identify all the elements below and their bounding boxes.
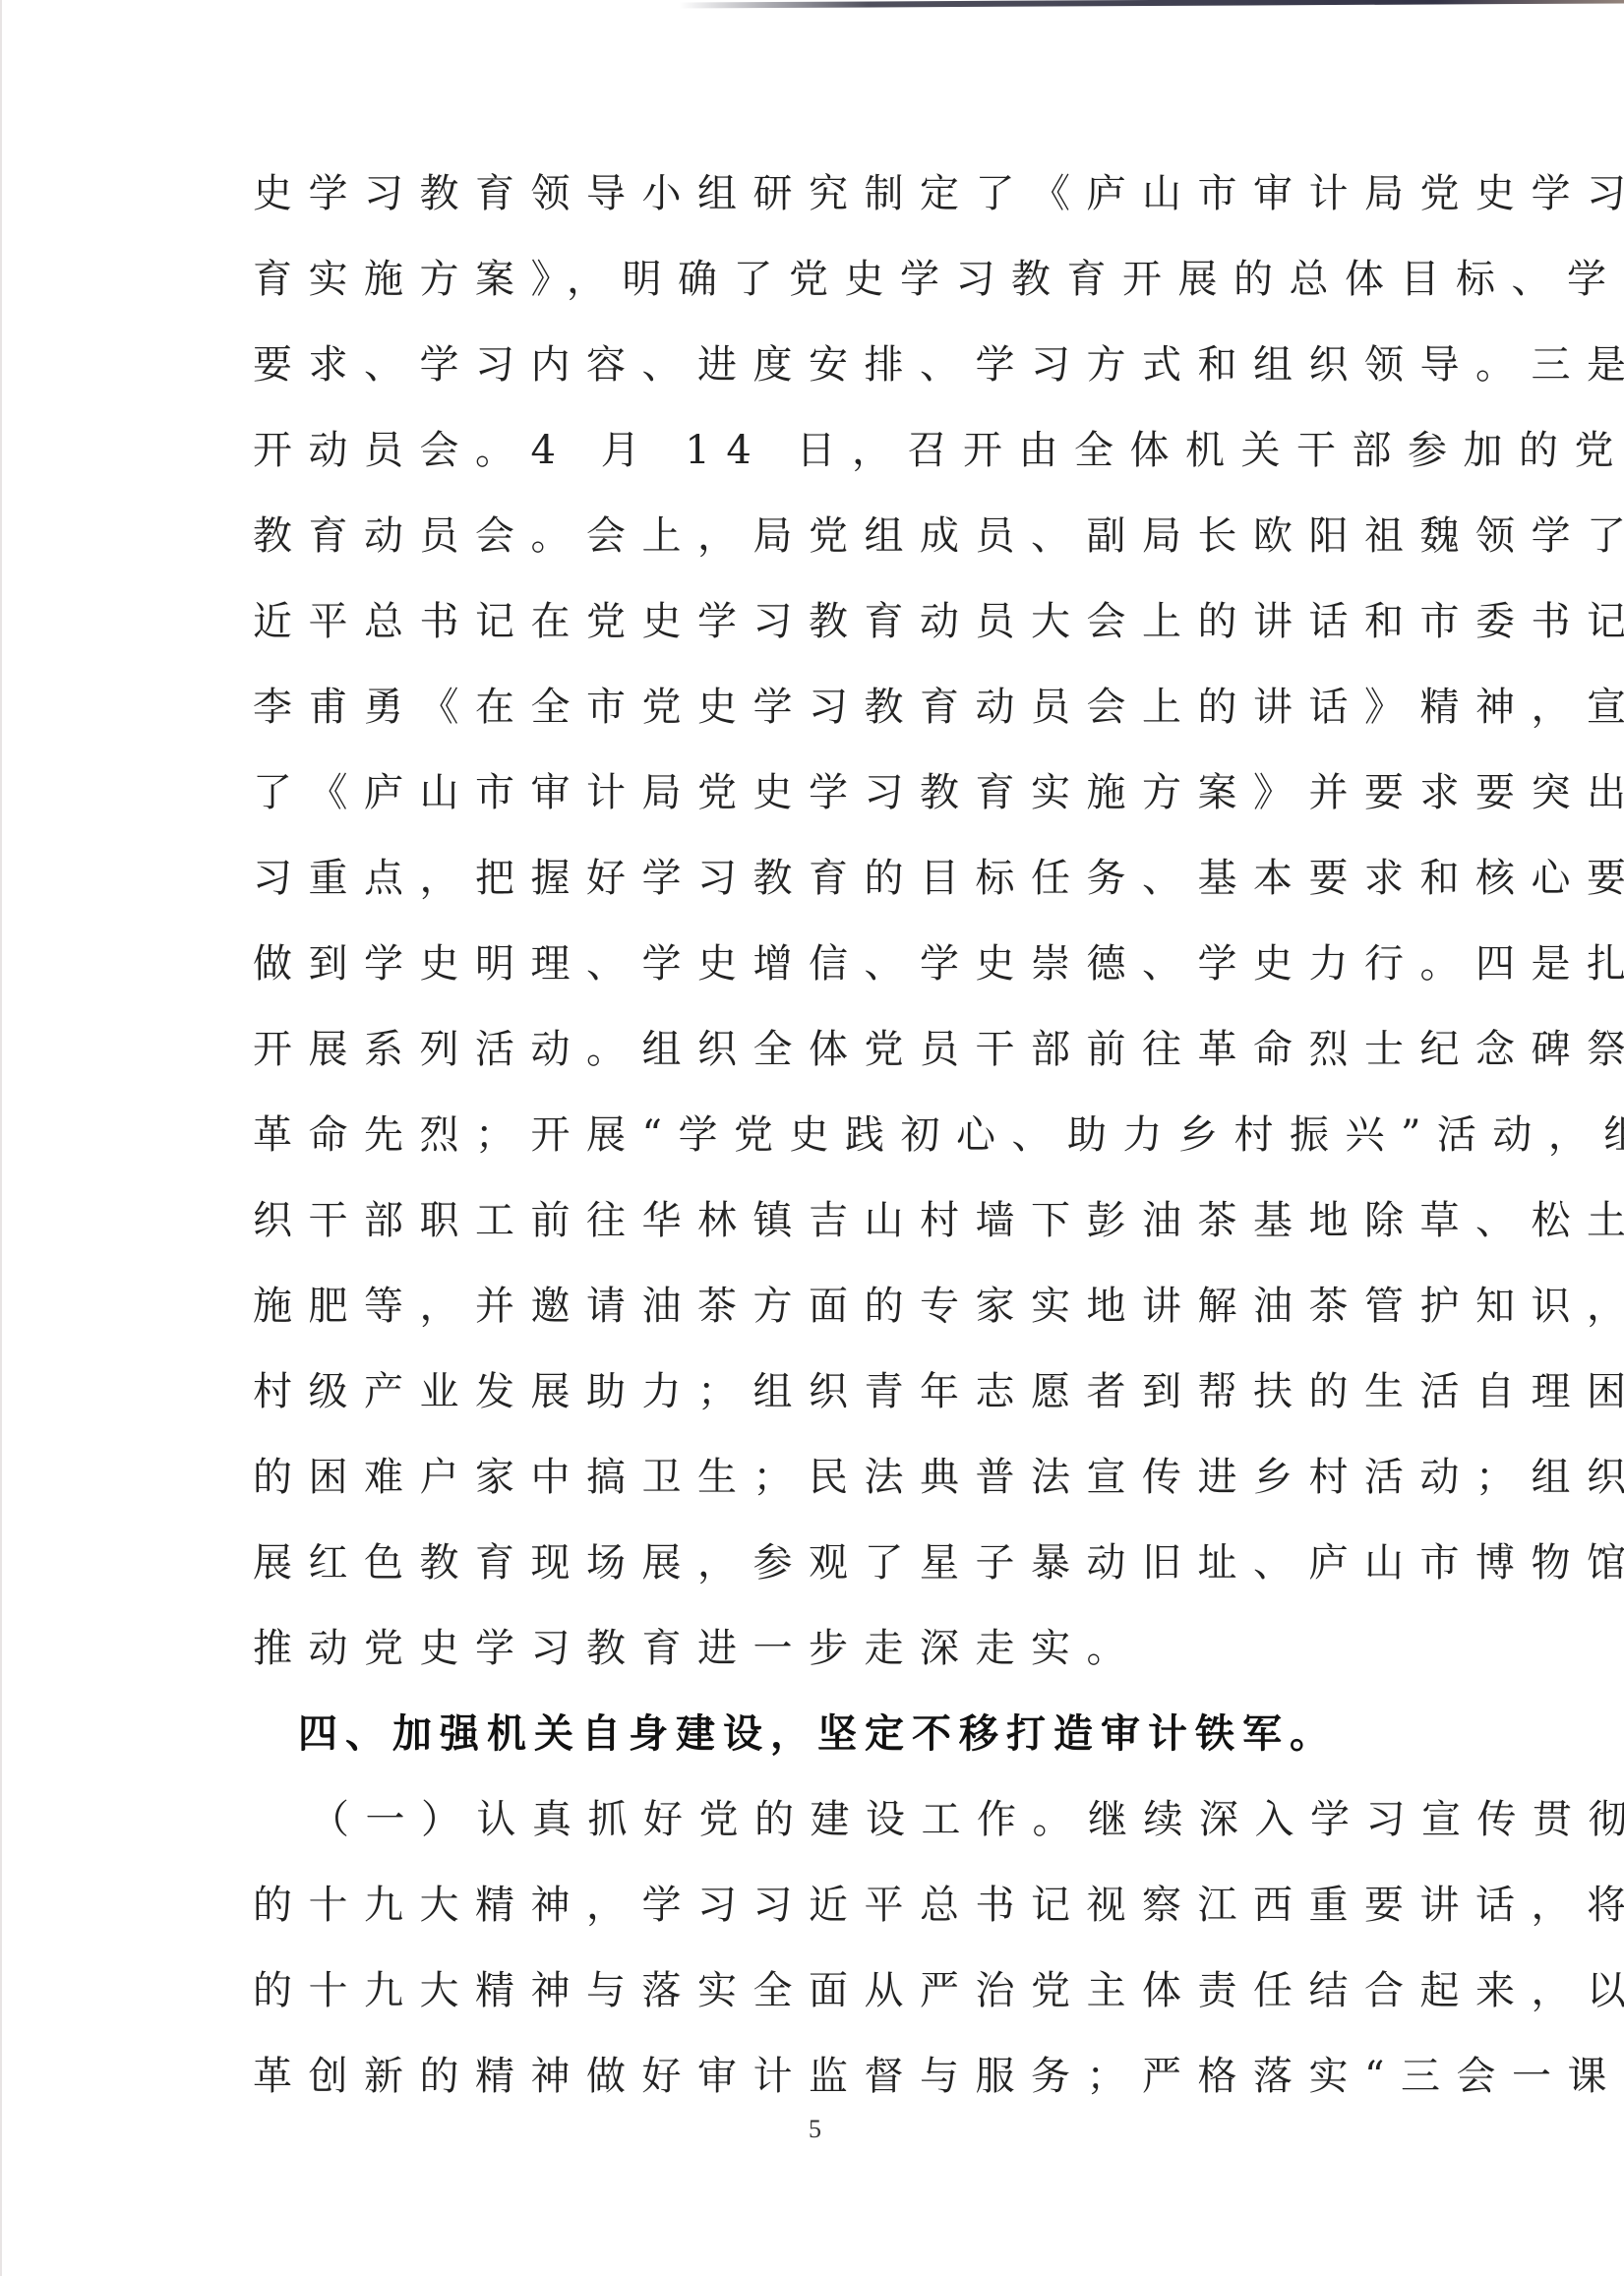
body-line: 育实施方案》，明确了党史学习教育开展的总体目标、学习 (253, 253, 1384, 338)
section-heading: 四、加强机关自身建设，坚定不移打造审计铁军。 (253, 1707, 1384, 1793)
body-line: 开展系列活动。组织全体党员干部前往革命烈士纪念碑祭奠 (253, 1023, 1384, 1108)
body-line: 的困难户家中搞卫生；民法典普法宣传进乡村活动；组织开 (253, 1451, 1384, 1536)
subsection-line: 的十九大精神，学习习近平总书记视察江西重要讲话，将党 (253, 1879, 1384, 1964)
body-line: 展红色教育现场展，参观了星子暴动旧址、庐山市博物馆等， (253, 1536, 1384, 1622)
subsection-line: （一）认真抓好党的建设工作。继续深入学习宣传贯彻党 (253, 1793, 1384, 1879)
body-line: 开动员会。4 月 14 日，召开由全体机关干部参加的党史学习 (253, 424, 1384, 509)
body-line: 习重点，把握好学习教育的目标任务、基本要求和核心要义， (253, 852, 1384, 937)
body-line: 施肥等，并邀请油茶方面的专家实地讲解油茶管护知识，为 (253, 1280, 1384, 1365)
document-body: 史学习教育领导小组研究制定了《庐山市审计局党史学习教 育实施方案》，明确了党史学… (253, 167, 1384, 2135)
body-line: 了《庐山市审计局党史学习教育实施方案》并要求要突出学 (253, 766, 1384, 852)
body-line: 做到学史明理、学史增信、学史崇德、学史力行。四是扎实 (253, 937, 1384, 1023)
subsection-line: 的十九大精神与落实全面从严治党主体责任结合起来，以改 (253, 1964, 1384, 2050)
body-line: 织干部职工前往华林镇吉山村墙下彭油茶基地除草、松土、 (253, 1194, 1384, 1280)
scan-edge-shadow (679, 0, 1624, 9)
body-line: 村级产业发展助力；组织青年志愿者到帮扶的生活自理困难 (253, 1365, 1384, 1451)
body-line: 李甫勇《在全市党史学习教育动员会上的讲话》精神，宣读 (253, 681, 1384, 766)
body-line: 推动党史学习教育进一步走深走实。 (253, 1622, 1384, 1707)
page-left-edge (0, 0, 2, 2276)
page-number: 5 (809, 2115, 821, 2144)
body-line: 要求、学习内容、进度安排、学习方式和组织领导。三是召 (253, 338, 1384, 424)
body-line: 革命先烈；开展“学党史践初心、助力乡村振兴”活动，组 (253, 1108, 1384, 1194)
body-line: 教育动员会。会上，局党组成员、副局长欧阳祖魏领学了习 (253, 509, 1384, 595)
body-line: 近平总书记在党史学习教育动员大会上的讲话和市委书记 (253, 595, 1384, 681)
body-line: 史学习教育领导小组研究制定了《庐山市审计局党史学习教 (253, 167, 1384, 253)
